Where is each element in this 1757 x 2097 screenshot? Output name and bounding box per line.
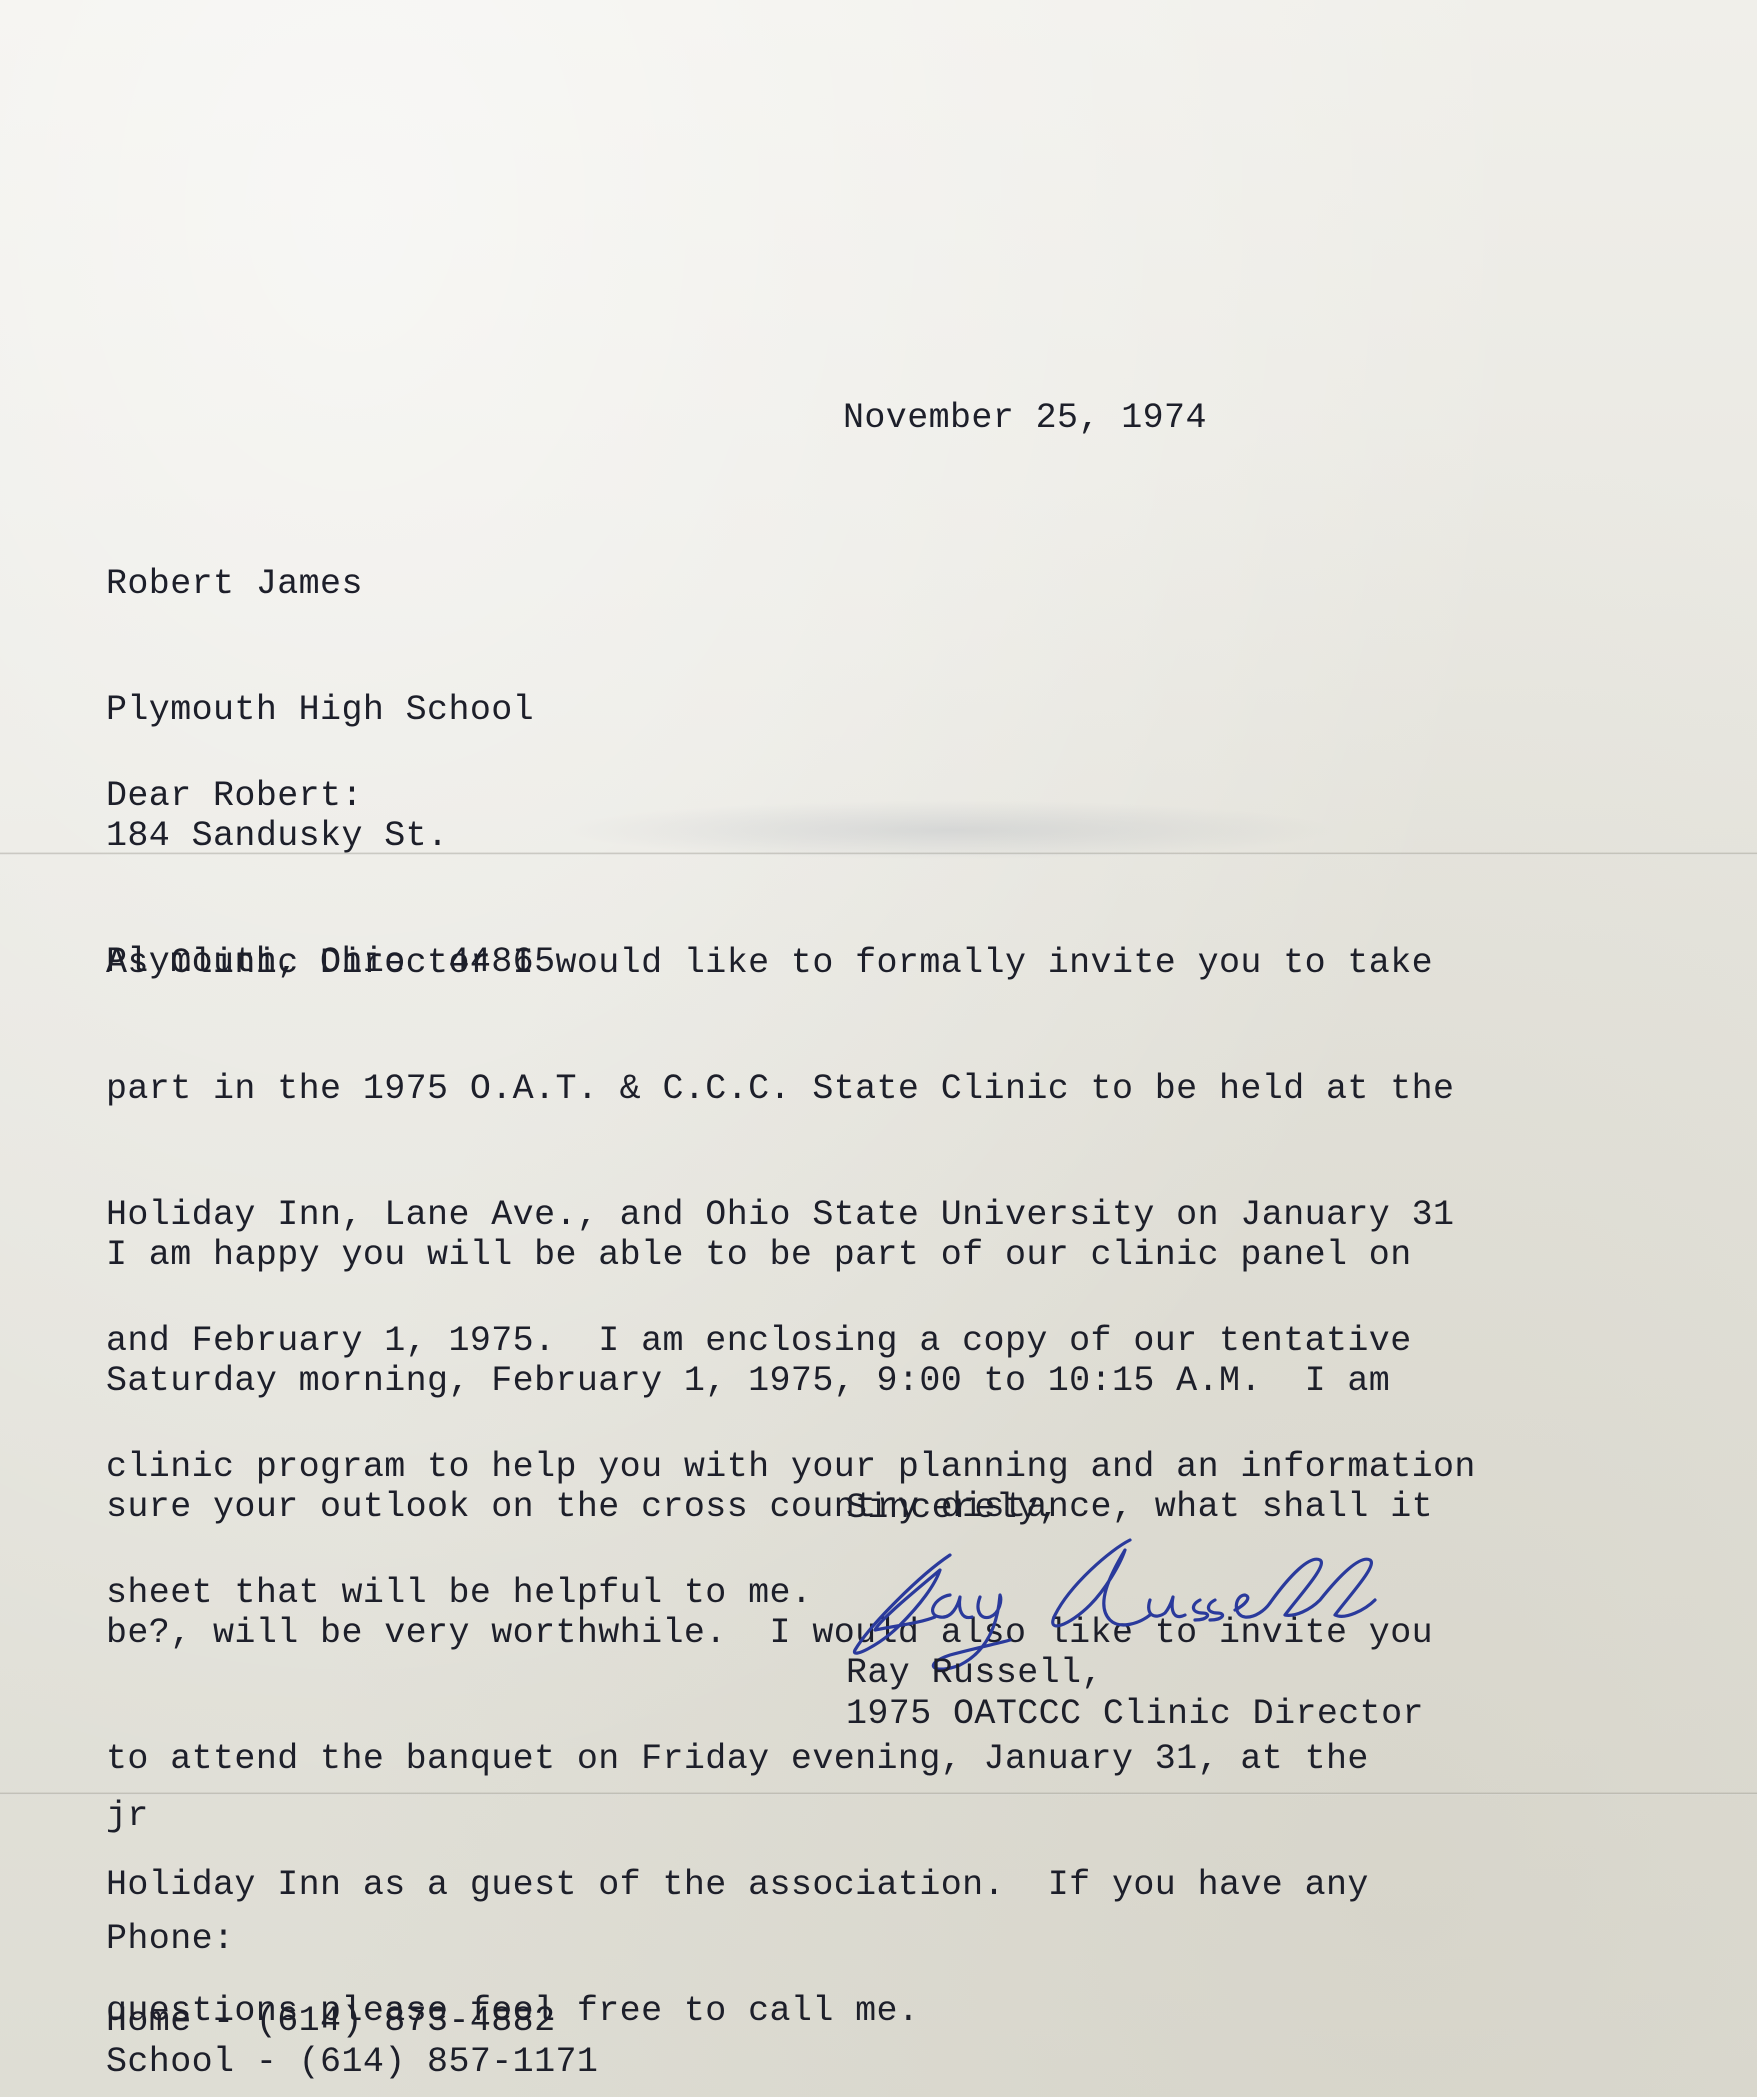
- paragraph-line: I am happy you will be able to be part o…: [106, 1234, 1433, 1276]
- phone-label: Phone:: [106, 1918, 234, 1960]
- paragraph-line: As Clinic Director I would like to forma…: [106, 942, 1476, 984]
- signer-name: Ray Russell,: [846, 1652, 1103, 1694]
- paragraph-line: Saturday morning, February 1, 1975, 9:00…: [106, 1360, 1433, 1402]
- recipient-name: Robert James: [106, 563, 555, 605]
- typist-initials: jr: [106, 1795, 149, 1837]
- ink-smudge: [560, 800, 1340, 860]
- phone-school: School - (614) 857-1171: [106, 2041, 598, 2083]
- closing: Sincerely,: [846, 1487, 1060, 1529]
- recipient-street: 184 Sandusky St.: [106, 815, 555, 857]
- paragraph-line: to attend the banquet on Friday evening,…: [106, 1738, 1433, 1780]
- signer-title: 1975 OATCCC Clinic Director: [846, 1693, 1424, 1735]
- letter-date: November 25, 1974: [843, 397, 1207, 439]
- paragraph-line: Holiday Inn as a guest of the associatio…: [106, 1864, 1433, 1906]
- recipient-school: Plymouth High School: [106, 689, 555, 731]
- salutation: Dear Robert:: [106, 775, 363, 817]
- paragraph-line: sure your outlook on the cross country d…: [106, 1486, 1433, 1528]
- paragraph-line: part in the 1975 O.A.T. & C.C.C. State C…: [106, 1068, 1476, 1110]
- phone-home: Home - (614) 873-4882: [106, 2000, 555, 2042]
